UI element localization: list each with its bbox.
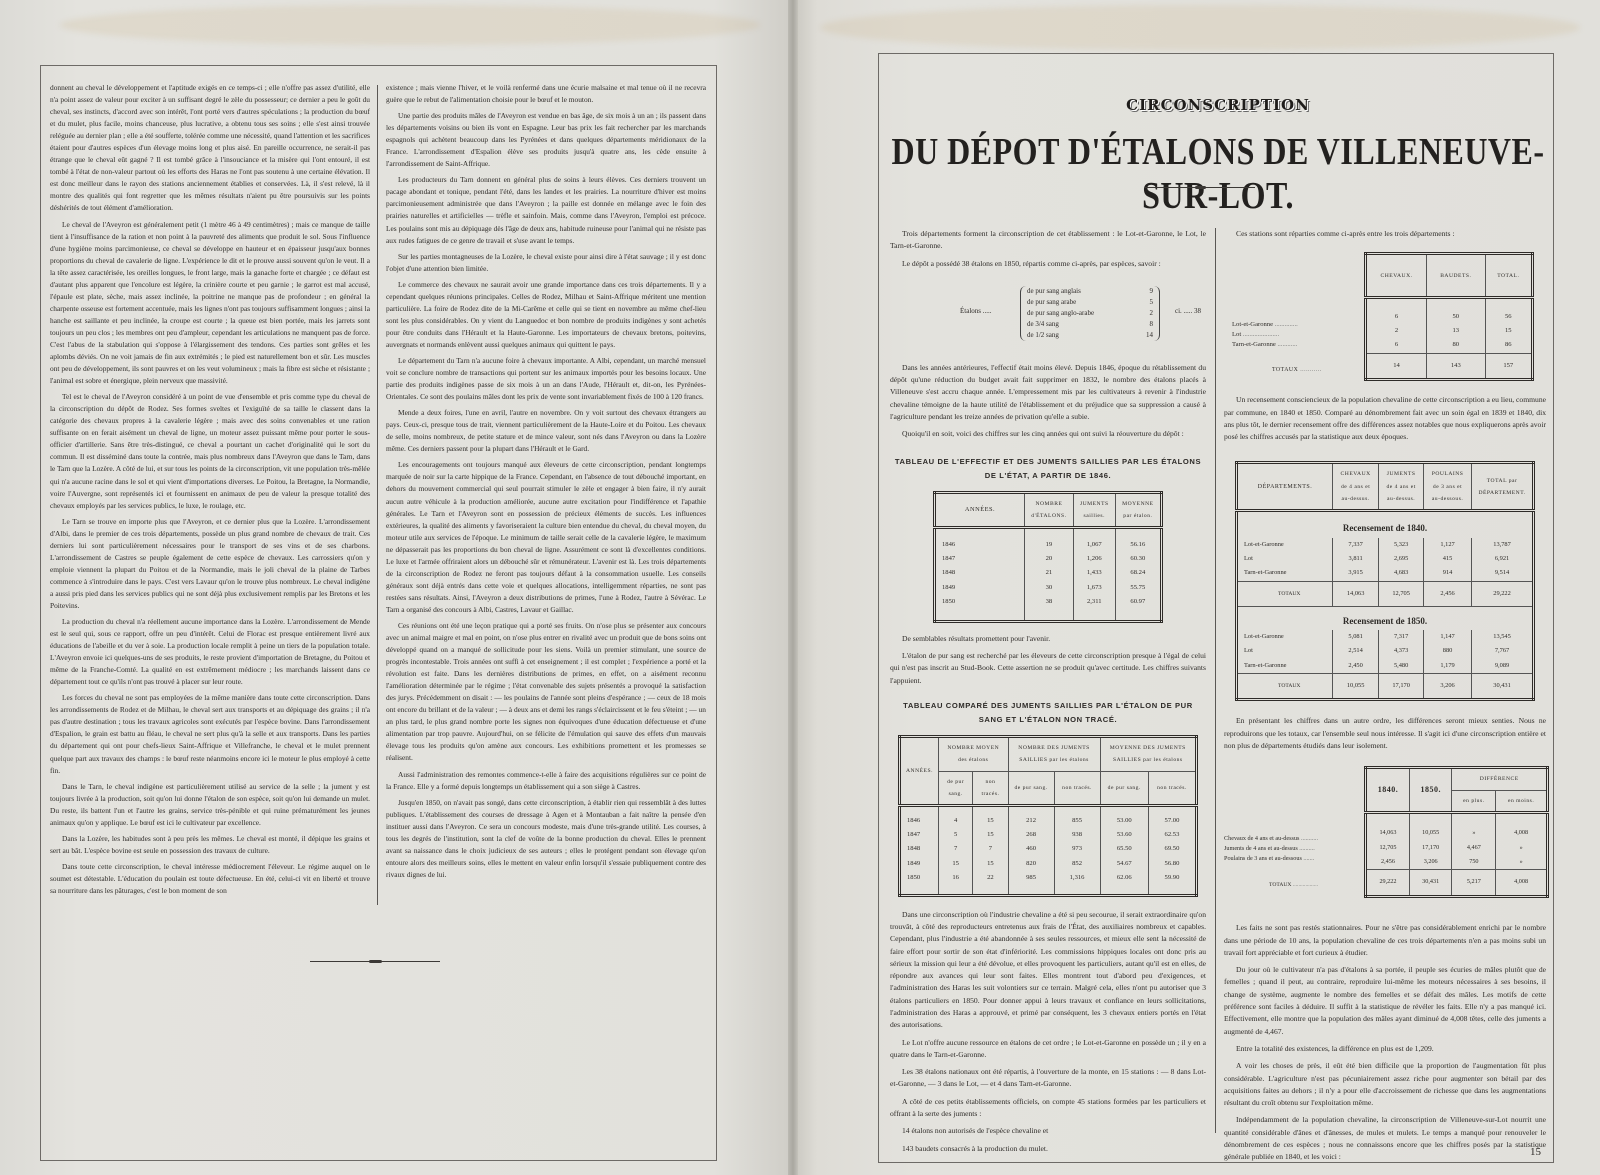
- list-item: de 1/2 sang14: [1027, 330, 1153, 341]
- ornamental-rule: [1145, 186, 1255, 189]
- paragraph: Indépendamment de la population chevalin…: [1224, 1114, 1546, 1163]
- section-1850: Recensement de 1850.: [1237, 606, 1534, 630]
- table-row: Lot2,5144,3738807,767: [1237, 644, 1534, 658]
- table-caption: TABLEAU COMPARÉ DES JUMENTS SAILLIES PAR…: [890, 699, 1206, 727]
- list-line: 14 étalons non autorisés de l'espèce che…: [890, 1125, 1206, 1137]
- etalons-total: ci. ..... 38: [1175, 306, 1201, 317]
- stations-table: CHEVAUX. BAUDETS. TOTAL. 65056 21315 680…: [1364, 252, 1534, 381]
- table-row: 2,4563,206750»: [1366, 855, 1548, 870]
- paragraph: Les encouragements ont toujours manqué a…: [386, 459, 706, 616]
- paragraph: Ces réunions ont été une leçon pratique …: [386, 620, 706, 765]
- table-total-row: TOTAUX10,05517,1703,20630,431: [1237, 674, 1534, 700]
- difference-table: 1840. 1850. DIFFÉRENCE en plus. en moins…: [1364, 766, 1549, 897]
- book-gutter: [788, 0, 798, 1175]
- paragraph: La production du cheval n'a réellement a…: [50, 616, 370, 688]
- column-divider: [1215, 228, 1216, 1133]
- table-total-row: 29,22230,4315,2174,008: [1366, 870, 1548, 896]
- paragraph: Tel est le cheval de l'Aveyron considéré…: [50, 391, 370, 511]
- difference-table-block: Chevaux de 4 ans et au-dessus ..........…: [1224, 766, 1546, 904]
- table-row: Lot3,8112,6954156,921: [1237, 552, 1534, 566]
- list-line: 143 baudets consacrés à la production du…: [890, 1143, 1206, 1155]
- left-column-1: donnent au cheval le développement et l'…: [50, 82, 370, 901]
- etalons-breakdown: Étalons ..... de pur sang anglais9 de pu…: [890, 284, 1206, 350]
- table-row: Tarn-et-Garonne2,4505,4801,1799,089: [1237, 659, 1534, 674]
- paragraph: Dans toute cette circonscription, le che…: [50, 861, 370, 897]
- paragraph: donnent au cheval le développement et l'…: [50, 82, 370, 215]
- paragraph: Les producteurs du Tarn donnent en génér…: [386, 174, 706, 246]
- table-row: 1846191,06756.16: [935, 538, 1162, 552]
- list-item: de pur sang anglo-arabe2: [1027, 308, 1153, 319]
- etalons-list: de pur sang anglais9 de pur sang arabe5 …: [1020, 286, 1160, 341]
- right-column-2: Ces stations sont réparties comme ci-apr…: [1224, 228, 1546, 1169]
- table-row: Lot-et-Garonne7,3375,3231,12713,787: [1237, 538, 1534, 552]
- column-divider: [377, 85, 378, 905]
- paragraph: Une partie des produits mâles de l'Aveyr…: [386, 110, 706, 170]
- list-item: de pur sang anglais9: [1027, 286, 1153, 297]
- paragraph: Les faits ne sont pas restés stationnair…: [1224, 922, 1546, 959]
- paragraph: existence ; mais vienne l'hiver, et le v…: [386, 82, 706, 106]
- paragraph: Dans la Lozère, les habitudes sont à peu…: [50, 833, 370, 857]
- paragraph: Dans le Tarn, le cheval indigène est par…: [50, 781, 370, 829]
- table-row: 1850382,31160.97: [935, 595, 1162, 609]
- list-item: de 3/4 sang8: [1027, 319, 1153, 330]
- table-row: 1847201,20660.30: [935, 552, 1162, 566]
- right-column-1: Trois départements forment la circonscri…: [890, 228, 1206, 1160]
- paragraph: De semblables résultats promettent pour …: [890, 633, 1206, 645]
- table-row: 12,70517,1704,467»: [1366, 841, 1548, 855]
- paragraph: Un recensement consciencieux de la popul…: [1224, 394, 1546, 443]
- paragraph: Le commerce des chevaux ne saurait avoir…: [386, 279, 706, 351]
- section-1840: Recensement de 1840.: [1237, 511, 1534, 538]
- table-row: 65056: [1366, 310, 1533, 324]
- table-row: 68086: [1366, 338, 1533, 353]
- ornamental-rule: [310, 960, 440, 963]
- paragraph: Trois départements forment la circonscri…: [890, 228, 1206, 253]
- effectif-table: ANNÉES. NOMBRE d'ÉTALONS. JUMENTS sailli…: [933, 491, 1163, 623]
- paragraph: Aussi l'administration des remontes comm…: [386, 769, 706, 793]
- page-title: DU DÉPOT D'ÉTALONS DE VILLENEUVE-SUR-LOT…: [880, 130, 1556, 217]
- paragraph: En présentant les chiffres dans un autre…: [1224, 715, 1546, 752]
- table-row: 1848211,43368.24: [935, 566, 1162, 580]
- paragraph: Dans les années antérieures, l'effectif …: [890, 362, 1206, 423]
- paragraph: A voir les choses de près, il eût été bi…: [1224, 1060, 1546, 1109]
- paragraph: Le Tarn se trouve en importe plus que l'…: [50, 516, 370, 612]
- stations-table-block: Lot-et-Garonne .............. Lot ......…: [1224, 252, 1546, 380]
- table-row: 14,06310,055»4,008: [1366, 826, 1548, 840]
- paragraph: Les forces du cheval ne sont pas employé…: [50, 692, 370, 776]
- paragraph: Les 38 étalons nationaux ont été réparti…: [890, 1066, 1206, 1091]
- table-row: 184641521285553.0057.00: [900, 814, 1197, 828]
- etalons-label: Étalons .....: [960, 306, 992, 317]
- census-table: DÉPARTEMENTS. CHEVAUX de 4 ans et au-des…: [1235, 461, 1535, 701]
- paragraph: A côté de ces petits établissements offi…: [890, 1096, 1206, 1121]
- paragraph: Dans une circonscription où l'industrie …: [890, 909, 1206, 1032]
- table-row: 18487746097365.5069.50: [900, 842, 1197, 856]
- paragraph: Le dépôt a possédé 38 étalons en 1850, r…: [890, 258, 1206, 270]
- page-number: 15: [1530, 1146, 1541, 1158]
- paragraph: L'étalon de pur sang est recherché par l…: [890, 650, 1206, 687]
- table-row: 21315: [1366, 324, 1533, 338]
- stations-row-labels: Lot-et-Garonne .............. Lot ......…: [1232, 320, 1322, 375]
- table-row: Lot-et-Garonne5,0817,3171,14713,545: [1237, 630, 1534, 644]
- table-total-row: 14143157: [1366, 353, 1533, 379]
- paragraph: Ces stations sont réparties comme ci-apr…: [1224, 228, 1546, 240]
- table-row: 184751526893853.6062.53: [900, 828, 1197, 842]
- paragraph: Entre la totalité des existences, la dif…: [1224, 1043, 1546, 1055]
- heading-circonscription: CIRCONSCRIPTION: [880, 96, 1556, 114]
- paragraph: Quoiqu'il en soit, voici des chiffres su…: [890, 428, 1206, 440]
- list-item: de pur sang arabe5: [1027, 297, 1153, 308]
- table-row: Tarn-et-Garonne3,9154,6839149,514: [1237, 566, 1534, 581]
- compared-table: ANNÉES. NOMBRE MOYEN des étalons NOMBRE …: [898, 735, 1198, 897]
- table-row: 1849151582085254.6756.80: [900, 857, 1197, 871]
- paragraph: Le cheval de l'Aveyron est généralement …: [50, 219, 370, 388]
- paragraph: Le Lot n'offre aucune ressource en étalo…: [890, 1037, 1206, 1062]
- paragraph: Le département du Tarn n'a aucune foire …: [386, 355, 706, 403]
- paragraph: Mende a deux foires, l'une en avril, l'a…: [386, 407, 706, 455]
- paragraph: Du jour où le cultivateur n'a pas d'étal…: [1224, 964, 1546, 1038]
- table-caption: TABLEAU DE L'EFFECTIF ET DES JUMENTS SAI…: [890, 455, 1206, 483]
- table-row: 1849301,67355.75: [935, 581, 1162, 595]
- table-total-row: TOTAUX14,06312,7052,45629,222: [1237, 581, 1534, 606]
- paragraph: Jusqu'en 1850, on n'avait pas songé, dan…: [386, 797, 706, 881]
- difference-row-labels: Chevaux de 4 ans et au-dessus ..........…: [1224, 834, 1318, 890]
- paragraph: Sur les parties montagneuses de la Lozèr…: [386, 251, 706, 275]
- left-column-2: existence ; mais vienne l'hiver, et le v…: [386, 82, 706, 885]
- table-row: 185016229851,31662.0659.90: [900, 871, 1197, 885]
